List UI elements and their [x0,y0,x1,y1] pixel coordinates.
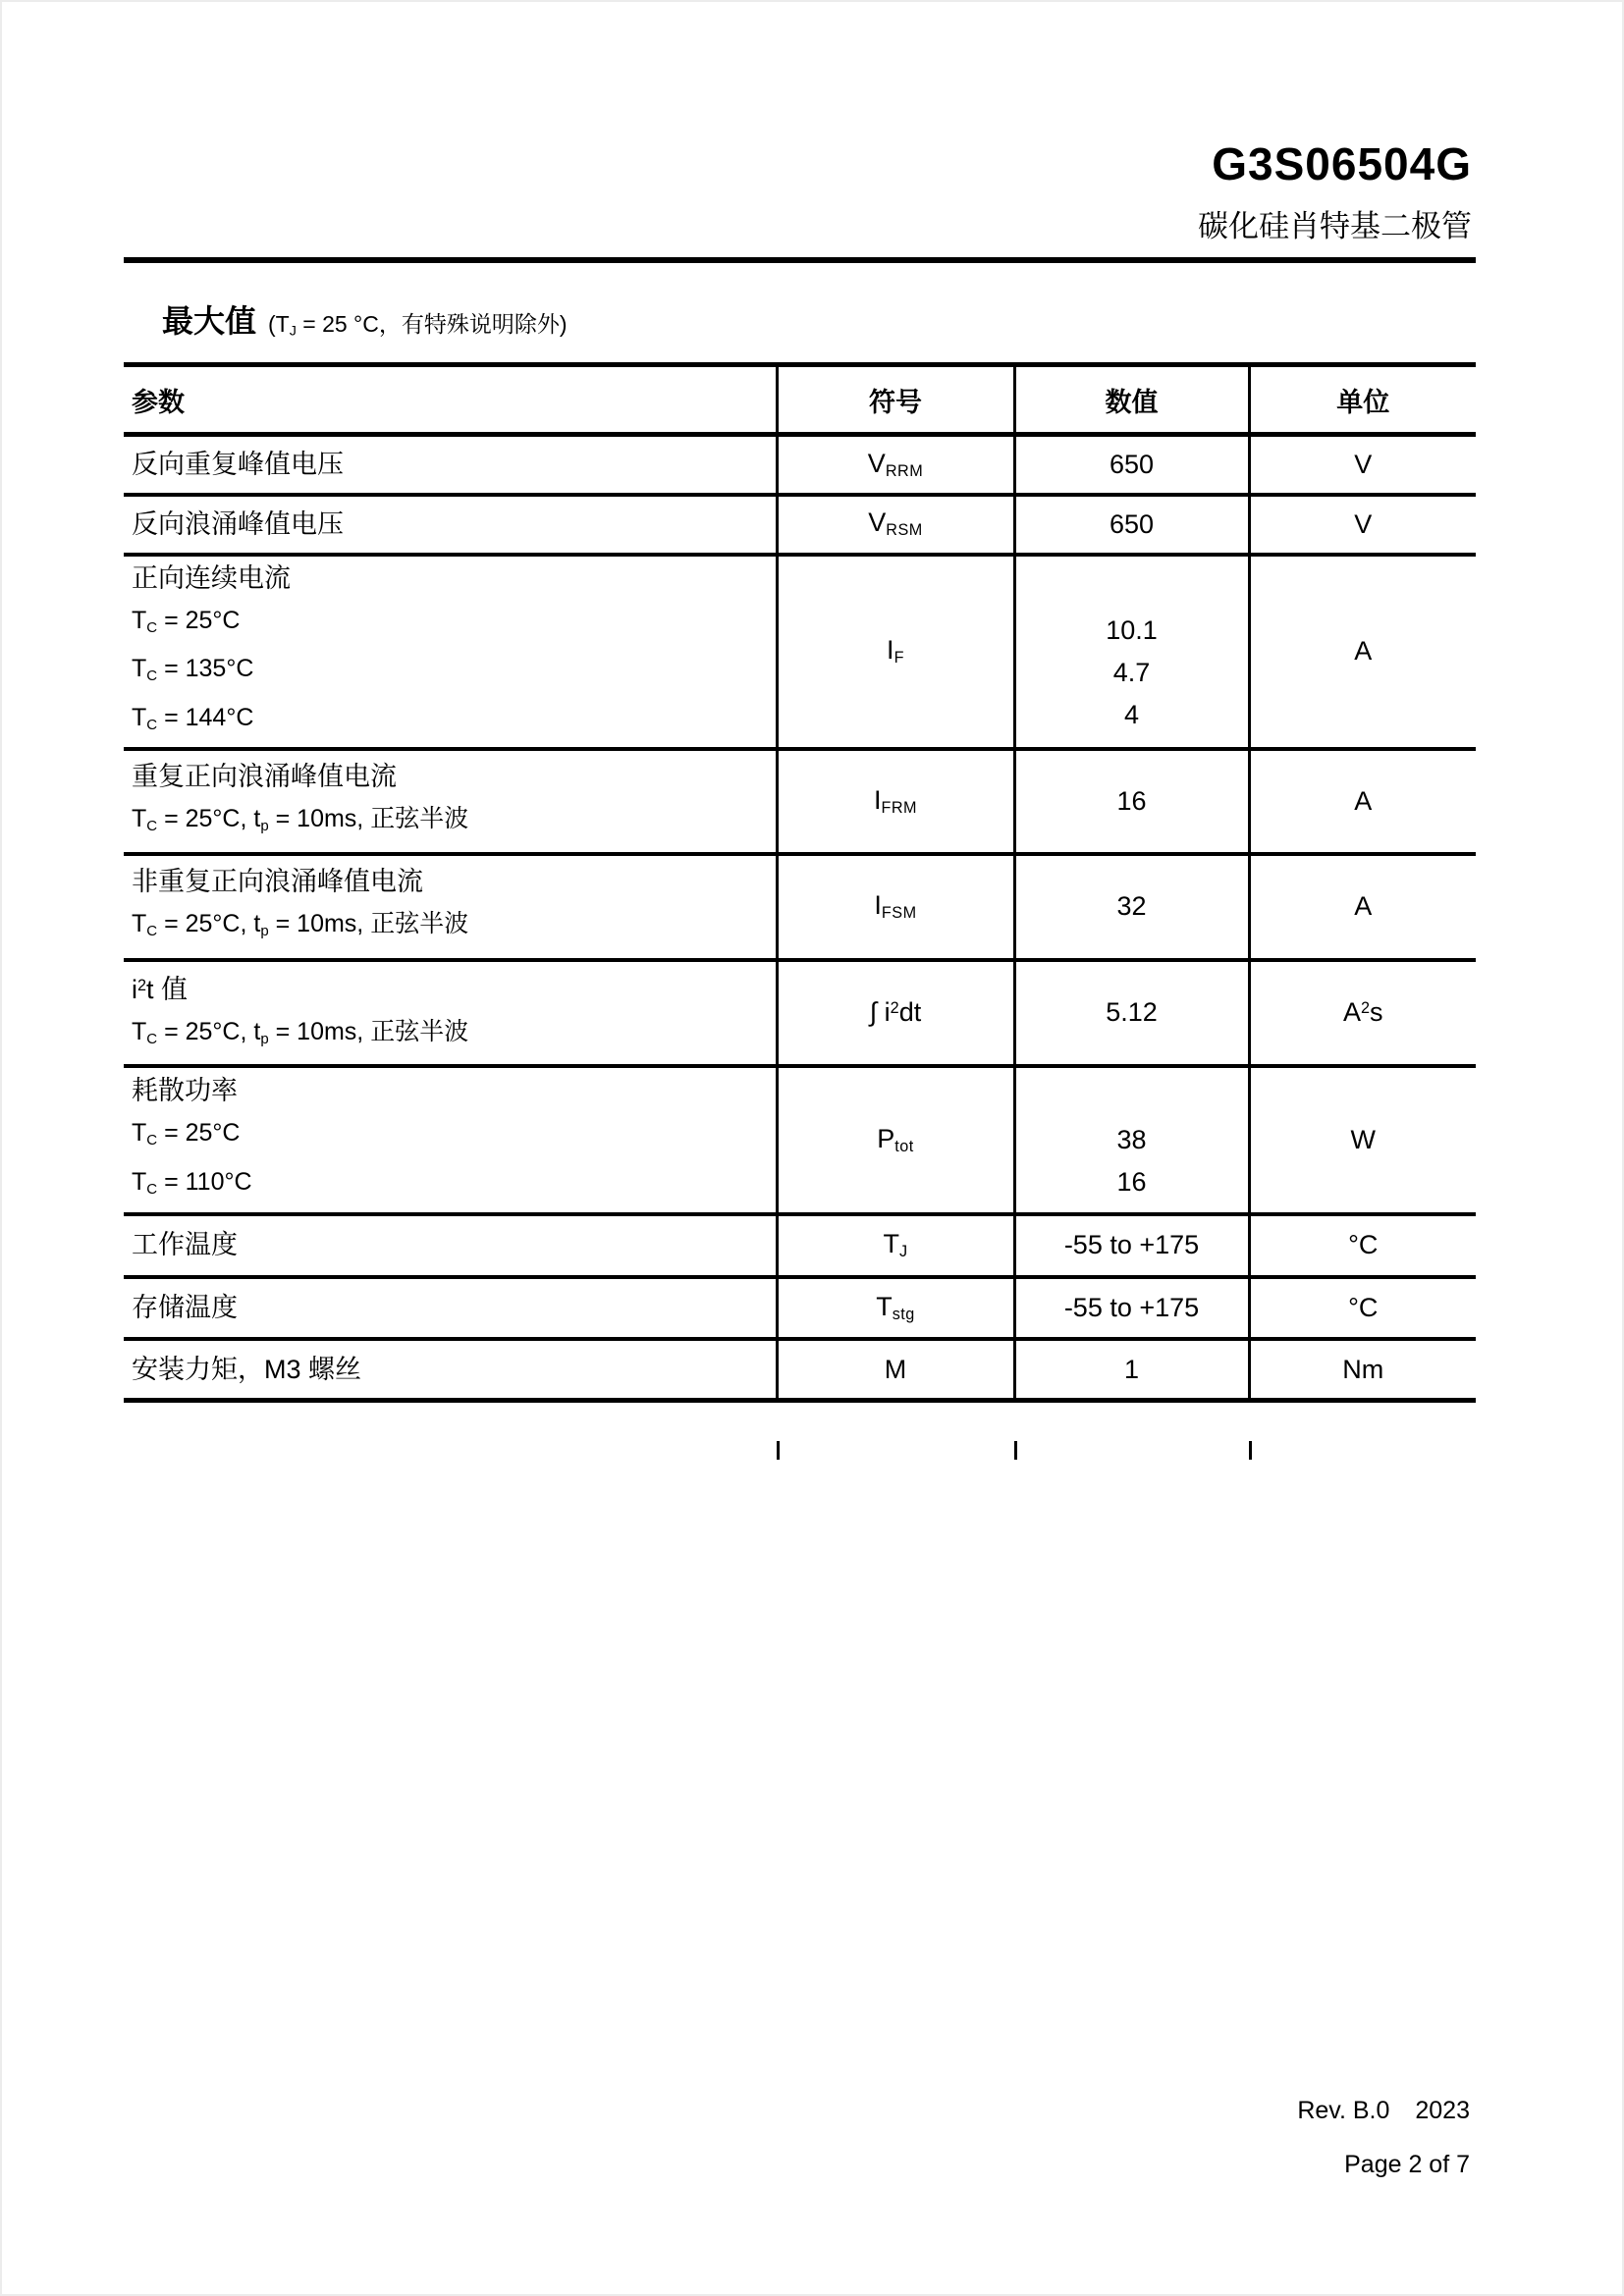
symbol-text: VRRM [868,449,923,478]
footer-page-number: Page 2 of 7 [1344,2150,1470,2179]
parameter-cell: 工作温度 [124,1214,777,1277]
section-note: (TJ = 25 °C，有特殊说明除外) [268,311,568,337]
symbol-cell: VRSM [777,495,1014,555]
symbol-cell: Tstg [777,1277,1014,1339]
parameter-cell: 非重复正向浪涌峰值电流TC = 25°C, tp = 10ms, 正弦半波 [124,854,777,960]
symbol-cell: IFRM [777,749,1014,854]
value-cell: 5.12 [1014,960,1249,1066]
table-header-row: 参数符号数值单位 [124,365,1476,435]
table-row: 耗散功率TC = 25°CTC = 110°CPtot 3816W [124,1066,1476,1214]
value-cell: -55 to +175 [1014,1214,1249,1277]
condition-line: TC = 25°C [132,600,775,649]
value-line: 10.1 [1017,610,1247,652]
unit-cell: W [1249,1066,1476,1214]
value-line: -55 to +175 [1017,1287,1247,1329]
value-cell: 650 [1014,435,1249,495]
parameter-title: 耗散功率 [132,1070,775,1112]
value-cell: 3816 [1014,1066,1249,1214]
parameter-title: 反向浪涌峰值电压 [132,504,775,546]
value-line: 5.12 [1017,991,1247,1034]
condition-line: TC = 25°C [132,1112,775,1161]
value-line: -55 to +175 [1017,1224,1247,1266]
parameter-title: 重复正向浪涌峰值电流 [132,756,775,798]
symbol-text: IFRM [874,785,917,815]
unit-text: W [1351,1125,1376,1154]
parameter-title: 反向重复峰值电压 [132,444,775,486]
unit-cell: °C [1249,1214,1476,1277]
parameter-cell: 反向浪涌峰值电压 [124,495,777,555]
condition-line: TC = 25°C, tp = 10ms, 正弦半波 [132,798,775,847]
symbol-text: IFSM [874,890,916,920]
symbol-text: M [885,1355,907,1384]
value-cell: 10.14.74 [1014,555,1249,749]
value-line: 1 [1017,1349,1247,1391]
table-row: 重复正向浪涌峰值电流TC = 25°C, tp = 10ms, 正弦半波IFRM… [124,749,1476,854]
parameter-cell: i2t 值TC = 25°C, tp = 10ms, 正弦半波 [124,960,777,1066]
unit-cell: V [1249,495,1476,555]
column-header-value: 数值 [1014,365,1249,435]
symbol-text: Ptot [877,1124,914,1153]
unit-text: A [1354,636,1372,666]
value-cell: 32 [1014,854,1249,960]
unit-cell: Nm [1249,1339,1476,1401]
symbol-text: IF [887,635,904,665]
column-divider-stub [1014,1441,1017,1460]
symbol-text: Tstg [876,1292,915,1321]
condition-line: TC = 25°C, tp = 10ms, 正弦半波 [132,1011,775,1060]
value-cell: 16 [1014,749,1249,854]
parameter-title: 安装力矩，M3 螺丝 [132,1349,775,1391]
symbol-cell: Ptot [777,1066,1014,1214]
value-cell: -55 to +175 [1014,1277,1249,1339]
column-divider-stub [1249,1441,1252,1460]
parameter-title: 正向连续电流 [132,558,775,600]
column-header-unit: 单位 [1249,365,1476,435]
table-body: 反向重复峰值电压VRRM650V反向浪涌峰值电压VRSM650V正向连续电流TC… [124,435,1476,1401]
parameter-cell: 重复正向浪涌峰值电流TC = 25°C, tp = 10ms, 正弦半波 [124,749,777,854]
condition-line: TC = 135°C [132,648,775,697]
section-heading-row: 最大值(TJ = 25 °C，有特殊说明除外) [162,296,568,342]
unit-text: V [1354,509,1372,539]
datasheet-page: G3S06504G 碳化硅肖特基二极管 最大值(TJ = 25 °C，有特殊说明… [0,0,1624,2296]
maximum-ratings-table: 参数符号数值单位 反向重复峰值电压VRRM650V反向浪涌峰值电压VRSM650… [124,362,1476,1403]
unit-cell: A2s [1249,960,1476,1066]
parameter-title: 工作温度 [132,1224,775,1266]
product-subtitle: 碳化硅肖特基二极管 [1198,210,1472,243]
unit-text: A2s [1343,997,1383,1027]
symbol-cell: IF [777,555,1014,749]
value-line: 4.7 [1017,652,1247,694]
footer-revision-line: Rev. B.02023 [1297,2097,1470,2124]
document-header: G3S06504G 碳化硅肖特基二极管 [1198,142,1472,243]
value-line: 650 [1017,504,1247,546]
parameter-cell: 反向重复峰值电压 [124,435,777,495]
value-cell: 650 [1014,495,1249,555]
unit-cell: V [1249,435,1476,495]
value-line: 38 [1017,1119,1247,1161]
revision-label: Rev. B.0 [1297,2097,1389,2124]
condition-line: TC = 110°C [132,1161,775,1210]
part-number-title: G3S06504G [1198,142,1472,186]
value-line: 16 [1017,1161,1247,1203]
header-rule [124,257,1476,263]
value-line: 4 [1017,694,1247,736]
value-line: 16 [1017,780,1247,823]
table-row: 非重复正向浪涌峰值电流TC = 25°C, tp = 10ms, 正弦半波IFS… [124,854,1476,960]
symbol-cell: ∫ i2dt [777,960,1014,1066]
unit-cell: A [1249,555,1476,749]
unit-text: Nm [1342,1355,1383,1384]
parameter-title: i2t 值 [132,965,775,1011]
table-row: 反向重复峰值电压VRRM650V [124,435,1476,495]
parameter-cell: 耗散功率TC = 25°CTC = 110°C [124,1066,777,1214]
table-row: 工作温度TJ-55 to +175°C [124,1214,1476,1277]
parameter-cell: 存储温度 [124,1277,777,1339]
column-divider-stub [777,1441,780,1460]
parameter-title: 非重复正向浪涌峰值电流 [132,861,775,903]
table-row: 正向连续电流TC = 25°CTC = 135°CTC = 144°CIF 10… [124,555,1476,749]
table-row: 存储温度Tstg-55 to +175°C [124,1277,1476,1339]
maximum-ratings-table-wrap: 参数符号数值单位 反向重复峰值电压VRRM650V反向浪涌峰值电压VRSM650… [124,362,1476,1403]
revision-year: 2023 [1415,2097,1470,2124]
condition-line: TC = 144°C [132,697,775,746]
table-row: i2t 值TC = 25°C, tp = 10ms, 正弦半波∫ i2dt5.1… [124,960,1476,1066]
unit-cell: A [1249,749,1476,854]
column-header-symbol: 符号 [777,365,1014,435]
symbol-cell: TJ [777,1214,1014,1277]
unit-text: °C [1348,1230,1378,1259]
value-line: 32 [1017,885,1247,928]
parameter-title: 存储温度 [132,1287,775,1329]
unit-cell: °C [1249,1277,1476,1339]
table-row: 安装力矩，M3 螺丝M1Nm [124,1339,1476,1401]
symbol-cell: M [777,1339,1014,1401]
unit-text: A [1354,891,1372,921]
unit-cell: A [1249,854,1476,960]
condition-line: TC = 25°C, tp = 10ms, 正弦半波 [132,903,775,952]
unit-text: A [1354,786,1372,816]
value-line: 650 [1017,444,1247,486]
parameter-cell: 安装力矩，M3 螺丝 [124,1339,777,1401]
table-row: 反向浪涌峰值电压VRSM650V [124,495,1476,555]
symbol-text: ∫ i2dt [870,997,921,1027]
symbol-cell: IFSM [777,854,1014,960]
unit-text: °C [1348,1293,1378,1322]
symbol-text: VRSM [868,507,923,537]
value-cell: 1 [1014,1339,1249,1401]
parameter-cell: 正向连续电流TC = 25°CTC = 135°CTC = 144°C [124,555,777,749]
section-heading: 最大值 [162,303,256,339]
symbol-text: TJ [883,1229,907,1258]
unit-text: V [1354,450,1372,479]
symbol-cell: VRRM [777,435,1014,495]
column-header-parameter: 参数 [124,365,777,435]
